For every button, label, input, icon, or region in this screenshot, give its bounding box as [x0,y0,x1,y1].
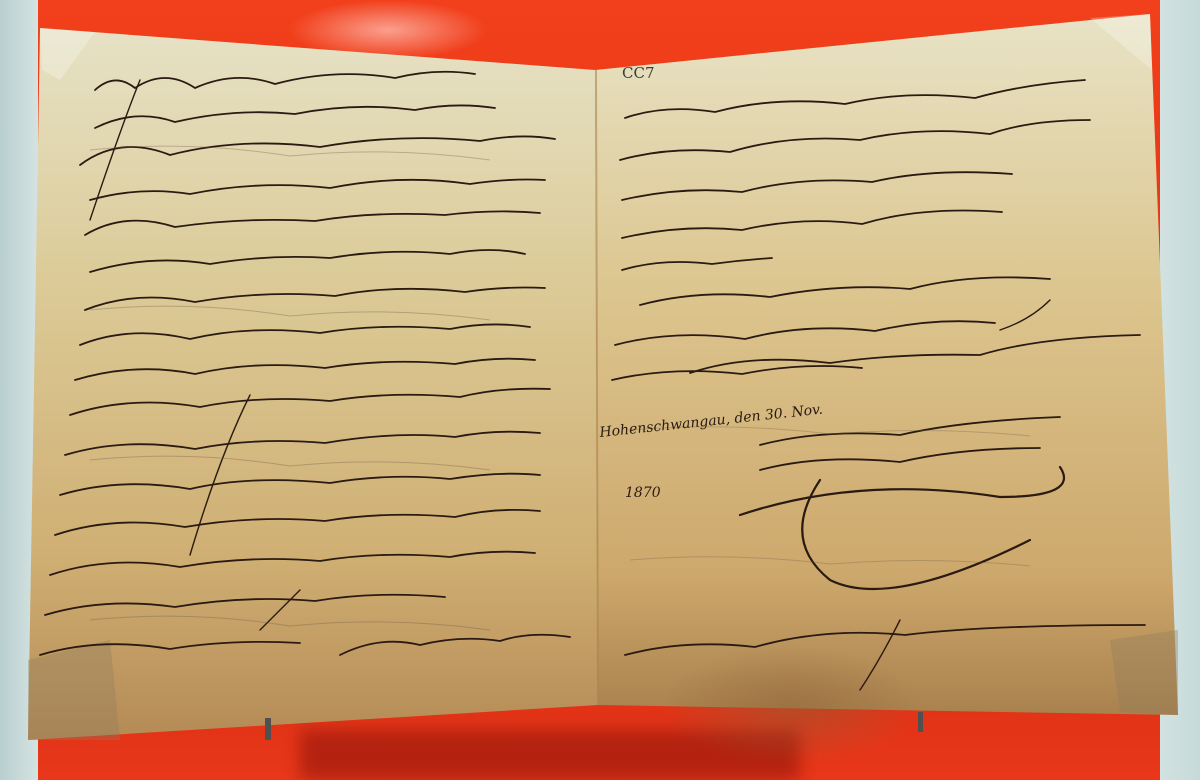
right-page [595,14,1178,715]
mounting-clip-right [918,712,923,732]
archive-mark: CC7 [622,64,655,82]
mounting-clip-left [265,718,271,740]
letter: CC7 [0,0,1200,780]
stain [660,645,920,765]
year: 1870 [625,485,661,501]
left-page [28,28,598,740]
tape-corner-br [1110,630,1178,715]
